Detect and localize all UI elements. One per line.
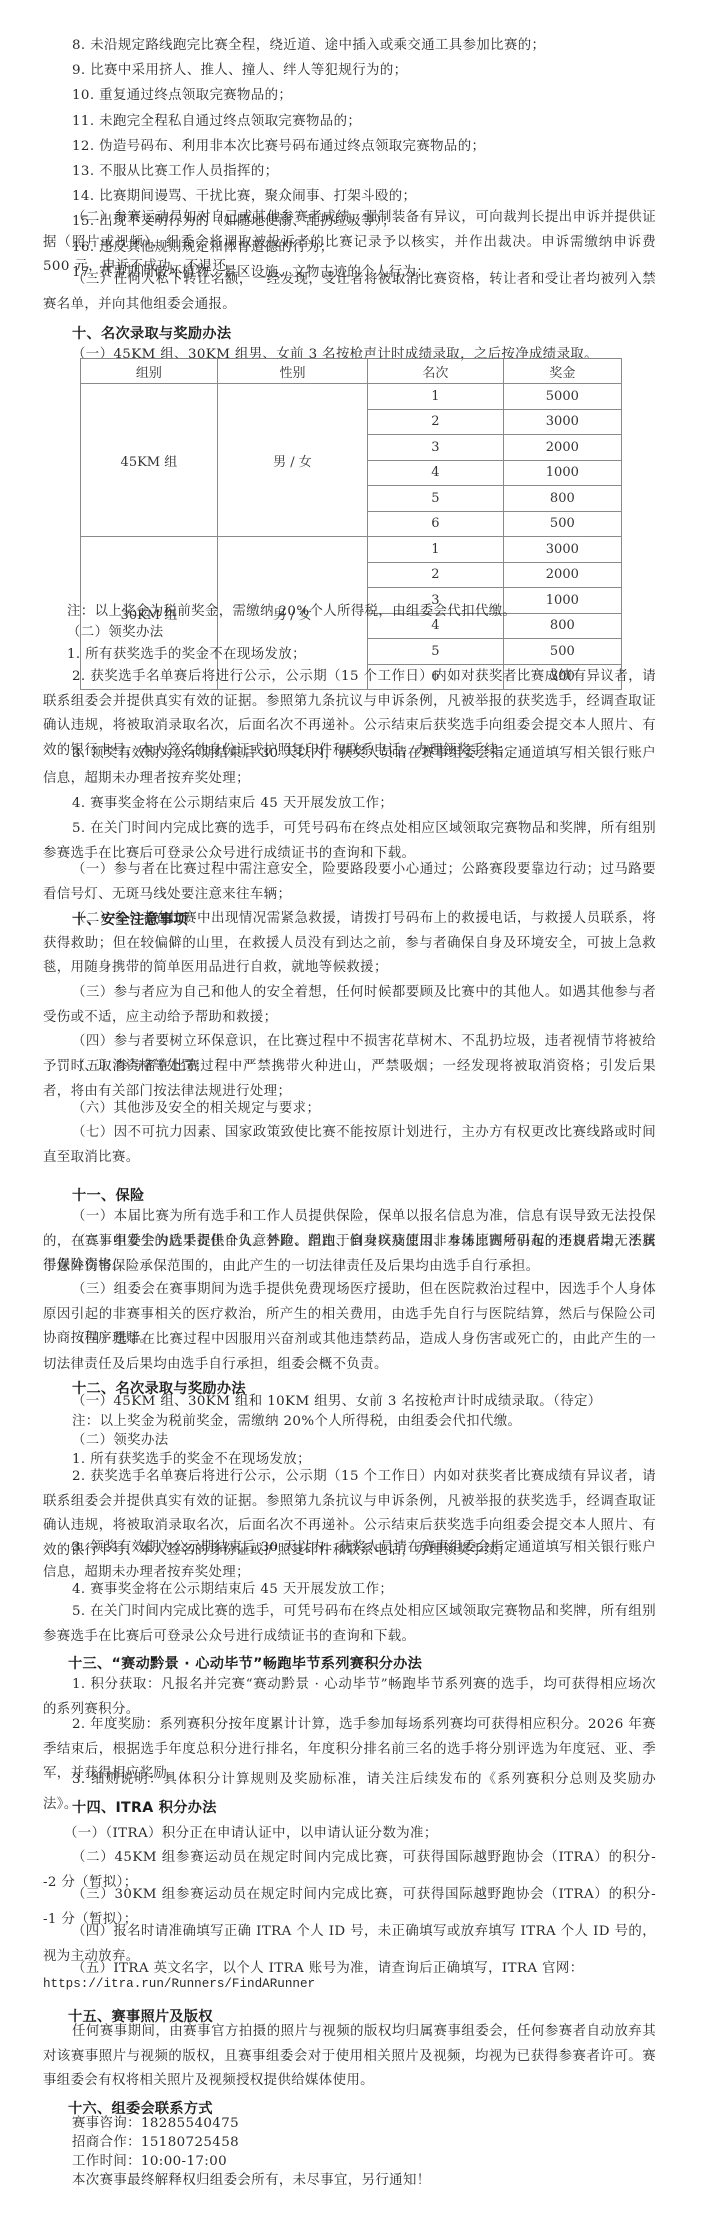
rank-cell: 5 [368,486,504,512]
gender-cell: 男 / 女 [217,384,367,537]
column-header: 奖金 [503,359,621,384]
list-item: （四）选手在比赛过程中因服用兴奋剂或其他违禁药品，造成人身伤害或死亡的，由此产生… [43,1328,656,1377]
list-item: 13. 不服从比赛工作人员指挥的； [72,159,662,185]
list-item: （二）组委会为选手提供个人意外险。但由于自身疾病原因、身体原因所引起的不良后果，… [43,1230,656,1279]
prize-cell: 1000 [503,460,621,486]
table-row: 45KM 组 男 / 女 1 5000 [81,384,622,410]
section-heading: 十四、ITRA 积分办法 [72,1797,217,1817]
rank-cell: 6 [368,511,504,537]
rank-cell: 2 [368,562,504,588]
prize-cell: 800 [503,486,621,512]
list-item: （一）（ITRA）积分正在申请认证中，以申请认证分数为准； [64,1821,654,1847]
rank-cell: 4 [368,460,504,486]
column-header: 性别 [217,359,367,384]
rank-cell: 3 [368,435,504,461]
list-item: （二）参与者在比赛中出现情况需紧急救援，请拨打号码布上的救援电话，与救援人员联系… [43,907,656,981]
list-item: 5. 在关门时间内完成比赛的选手，可凭号码布在终点处相应区域领取完赛物品和奖牌，… [43,1600,656,1649]
prize-cell: 5000 [503,384,621,410]
list-item: 9. 比赛中采用挤人、推人、撞人、绊人等犯规行为的； [72,58,662,84]
list-item: 4. 赛事奖金将在公示期结束后 45 天开展发放工作； [43,792,656,817]
list-item: 4. 赛事奖金将在公示期结束后 45 天开展发放工作； [43,1578,656,1603]
list-item: 11. 未跑完全程私自通过终点领取完赛物品的； [72,109,662,135]
list-item: （三）参与者应为自己和他人的安全着想，任何时候都要顾及比赛中的其他人。如遇其他参… [43,981,656,1030]
group-cell: 45KM 组 [81,384,218,537]
list-item: 12. 伪造号码布、利用非本次比赛号码布通过终点领取完赛物品的； [72,134,662,160]
itra-link[interactable]: https://itra.run/Runners/FindARunner [43,1972,656,1997]
list-item: （一）参与者在比赛过程中需注意安全，险要路段要小心通过；公路赛段要靠边行动；过马… [43,858,656,907]
section-heading: 十一、保险 [72,1185,144,1205]
list-item: 3. 领奖有效期为公示期结束后 30 天以内，获奖人员请在赛事组委会指定通道填写… [43,742,656,791]
table-header-row: 组别 性别 名次 奖金 [81,359,622,384]
prize-cell: 2000 [503,562,621,588]
prize-cell: 3000 [503,537,621,563]
list-item: 10. 重复通过终点领取完赛物品的； [72,83,662,109]
list-item: （六）其他涉及安全的相关规定与要求； [43,1097,656,1122]
table-row: 30KM 组 男 / 女 1 3000 [81,537,622,563]
rank-cell: 1 [368,537,504,563]
list-item: 1. 所有获奖选手的奖金不在现场发放； [67,642,657,668]
section-heading: 十、名次录取与奖励办法 [72,323,231,343]
rank-cell: 1 [368,384,504,410]
transfer-paragraph: （三）任何人私下转让名额，一经发现，受让者将被取消比赛资格，转让者和受让者均被列… [43,268,656,317]
prize-cell: 3000 [503,409,621,435]
column-header: 组别 [81,359,218,384]
prize-cell: 2000 [503,435,621,461]
final-note: 本次赛事最终解释权归组委会所有，未尽事宜，另行通知！ [72,2168,662,2194]
copyright-paragraph: 任何赛事期间，由赛事官方拍摄的照片与视频的版权均归属赛事组委会，任何参赛者自动放… [43,2020,656,2094]
list-item: （七）因不可抗力因素、国家政策致使比赛不能按原计划进行，主办方有权更改比赛线路或… [43,1121,656,1170]
column-header: 名次 [368,359,504,384]
list-item: 8. 未沿规定路线跑完比赛全程，绕近道、途中插入或乘交通工具参加比赛的； [72,33,662,59]
section-heading: 十三、“赛动黔景 · 心动毕节”畅跑毕节系列赛积分办法 [68,1653,422,1673]
prize-cell: 500 [503,511,621,537]
rank-cell: 2 [368,409,504,435]
